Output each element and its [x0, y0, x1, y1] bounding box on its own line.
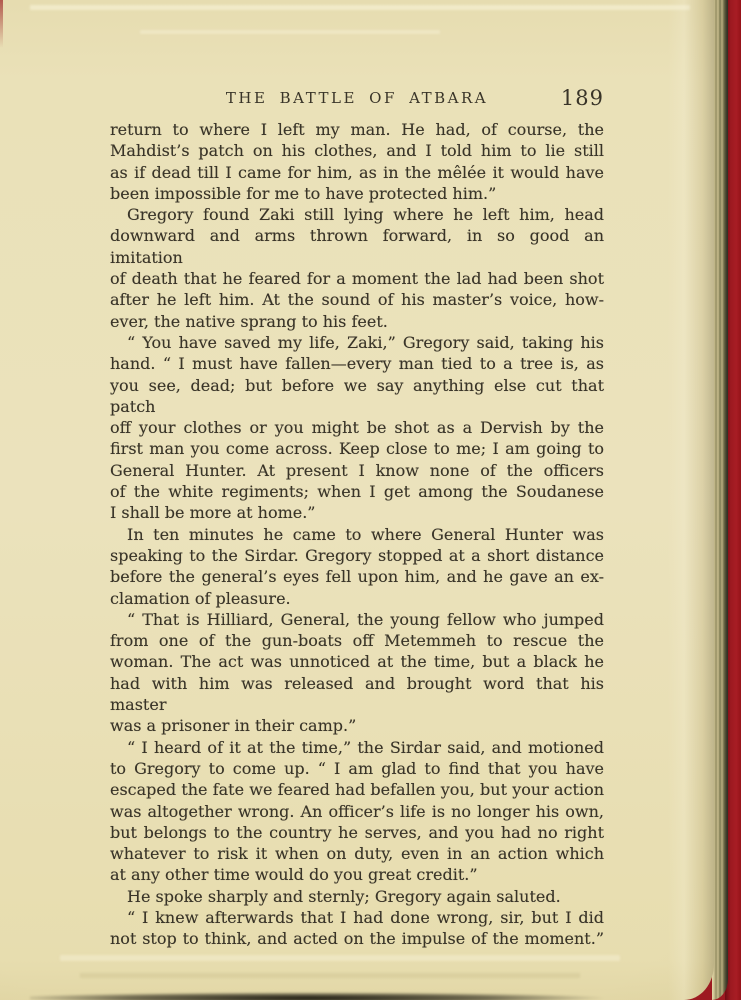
text-line: downward and arms thrown forward, in so …: [110, 225, 604, 268]
text-line: as if dead till I came for him, as in th…: [110, 162, 604, 183]
text-line: In ten minutes he came to where General …: [110, 524, 604, 545]
paragraph: He spoke sharply and sternly; Gregory ag…: [110, 886, 604, 907]
text-line: He spoke sharply and sternly; Gregory ag…: [110, 886, 604, 907]
text-line: Mahdist’s patch on his clothes, and I to…: [110, 140, 604, 161]
running-header-title: THE BATTLE OF ATBARA: [226, 89, 488, 107]
page-edge-stack: [712, 0, 728, 1000]
book-page: THE BATTLE OF ATBARA 189 return to where…: [0, 0, 714, 1000]
text-line: “ I heard of it at the time,” the Sirdar…: [110, 737, 604, 758]
paragraph: “ You have saved my life, Zaki,” Gregory…: [110, 332, 604, 524]
text-line: clamation of pleasure.: [110, 588, 604, 609]
text-line: not stop to think, and acted on the impu…: [110, 928, 604, 949]
text-line: speaking to the Sirdar. Gregory stopped …: [110, 545, 604, 566]
running-header: THE BATTLE OF ATBARA 189: [110, 84, 604, 108]
text-line: was altogether wrong. An officer’s life …: [110, 801, 604, 822]
paragraph: “ I heard of it at the time,” the Sirdar…: [110, 737, 604, 886]
scan-streak: [60, 955, 620, 961]
page-text: return to where I left my man. He had, o…: [110, 119, 604, 950]
paragraph: In ten minutes he came to where General …: [110, 524, 604, 609]
text-line: hand. “ I must have fallen—every man tie…: [110, 353, 604, 374]
text-line: ever, the native sprang to his feet.: [110, 311, 604, 332]
text-line: of the white regiments; when I get among…: [110, 481, 604, 502]
book-scan: THE BATTLE OF ATBARA 189 return to where…: [0, 0, 741, 1000]
text-line: “ That is Hilliard, General, the young f…: [110, 609, 604, 630]
text-line: of death that he feared for a moment the…: [110, 268, 604, 289]
text-line: was a prisoner in their camp.”: [110, 715, 604, 736]
paragraph: “ That is Hilliard, General, the young f…: [110, 609, 604, 737]
text-line: before the general’s eyes fell upon him,…: [110, 566, 604, 587]
text-line: at any other time would do you great cre…: [110, 864, 604, 885]
text-line: return to where I left my man. He had, o…: [110, 119, 604, 140]
paragraph: “ I knew afterwards that I had done wron…: [110, 907, 604, 950]
text-line: whatever to risk it when on duty, even i…: [110, 843, 604, 864]
scan-streak: [80, 973, 580, 978]
text-line: been impossible for me to have protected…: [110, 183, 604, 204]
text-line: from one of the gun-boats off Metemmeh t…: [110, 630, 604, 651]
text-line: “ You have saved my life, Zaki,” Gregory…: [110, 332, 604, 353]
cover-sliver-top-left: [0, 0, 3, 48]
page-number: 189: [561, 86, 604, 110]
text-line: General Hunter. At present I know none o…: [110, 460, 604, 481]
scan-streak: [140, 30, 440, 34]
paragraph: return to where I left my man. He had, o…: [110, 119, 604, 204]
paragraph: Gregory found Zaki still lying where he …: [110, 204, 604, 332]
bottom-page-shadow: [30, 984, 690, 1000]
text-line: had with him was released and brought wo…: [110, 673, 604, 716]
text-line: escaped the fate we feared had befallen …: [110, 779, 604, 800]
text-line: first man you come across. Keep close to…: [110, 438, 604, 459]
text-line: I shall be more at home.”: [110, 502, 604, 523]
text-line: “ I knew afterwards that I had done wron…: [110, 907, 604, 928]
scan-streak: [30, 5, 690, 10]
text-line: after he left him. At the sound of his m…: [110, 289, 604, 310]
text-line: you see, dead; but before we say anythin…: [110, 375, 604, 418]
text-line: off your clothes or you might be shot as…: [110, 417, 604, 438]
text-line: woman. The act was unnoticed at the time…: [110, 651, 604, 672]
text-line: to Gregory to come up. “ I am glad to fi…: [110, 758, 604, 779]
text-line: Gregory found Zaki still lying where he …: [110, 204, 604, 225]
text-line: but belongs to the country he serves, an…: [110, 822, 604, 843]
